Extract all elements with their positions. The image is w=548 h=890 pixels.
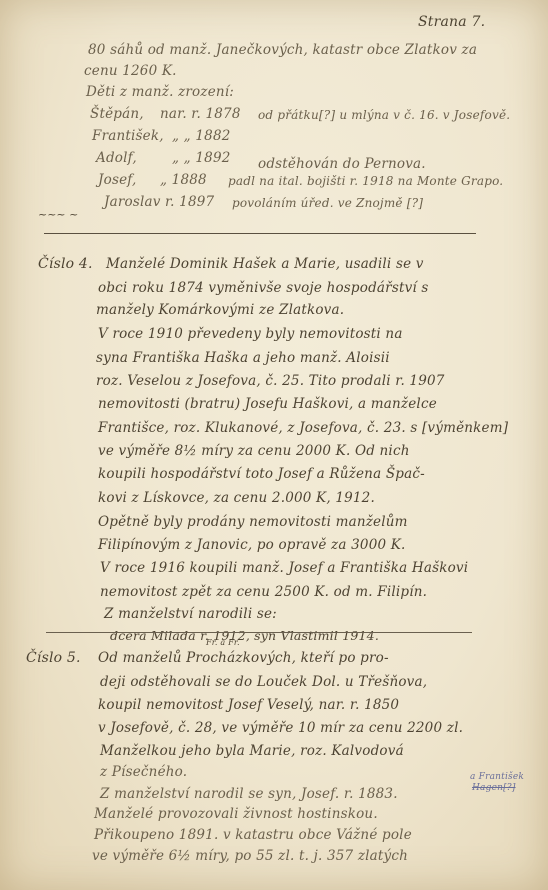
child-note: odstěhován do Pernova. (258, 156, 426, 172)
entry-line: manžely Komárkovými ze Zlatkova. (96, 302, 344, 318)
entry-line: Z manželství narodili se: (104, 606, 277, 622)
child-born: „ „ 1892 (172, 150, 231, 166)
entry-line: ve výměře 8½ míry za cenu 2000 K. Od nic… (98, 443, 410, 459)
entry-line: z Písečného. (100, 764, 187, 780)
child-name: Štěpán, (90, 106, 144, 122)
entry-line: koupil nemovitost Josef Veselý, nar. r. … (98, 697, 399, 713)
entry-line: nemovitost zpět za cenu 2500 K. od m. Fi… (100, 584, 427, 600)
entry-line: syna Františka Haška a jeho manž. Aloisi… (96, 350, 390, 366)
entry-line: Filipínovým z Janovic, po opravě za 3000… (98, 537, 406, 553)
continuation-line: 80 sáhů od manž. Janečkových, katastr ob… (88, 42, 477, 58)
entry-line: ve výměře 6½ míry, po 55 zl. t. j. 357 z… (92, 848, 408, 864)
entry-line: deji odstěhovali se do Louček Dol. u Tře… (100, 674, 427, 690)
entry-line: Manželé Dominik Hašek a Marie, usadili s… (106, 256, 424, 272)
child-name: Adolf, (96, 150, 137, 166)
section-divider (46, 632, 472, 633)
entry-line: Přikoupeno 1891. v katastru obce Vážné p… (94, 827, 412, 843)
blue-annotation: a František (470, 772, 524, 782)
entry-line: Z manželství narodil se syn, Josef. r. 1… (100, 786, 398, 802)
child-name: Josef, (98, 172, 136, 188)
blue-annotation: Hagen[?] (472, 783, 516, 793)
entry-line: Manželkou jeho byla Marie, roz. Kalvodov… (100, 743, 404, 759)
entry-line: Manželé provozovali živnost hostinskou. (94, 806, 378, 822)
child-born: r. 1897 (165, 194, 214, 210)
section-divider (44, 233, 476, 234)
entry-line: V roce 1910 převedeny byly nemovitosti n… (98, 326, 403, 342)
entry-line: v Josefově, č. 28, ve výměře 10 mír za c… (98, 720, 463, 736)
entry-line: nemovitosti (bratru) Josefu Haškovi, a m… (98, 396, 437, 412)
entry-line: V roce 1916 koupili manž. Josef a Franti… (100, 560, 468, 576)
entry-line: Od manželů Procházkových, kteří po pro- (98, 650, 389, 666)
margin-mark: ~~~ ~ (38, 208, 78, 221)
child-name: Jaroslav (104, 194, 161, 210)
entry-number: Číslo 4. (38, 256, 93, 272)
page-number-header: Strana 7. (418, 14, 485, 30)
superscript-note: Fr. a Fr. (206, 638, 240, 647)
child-born: nar. r. 1878 (160, 106, 241, 122)
ledger-page: Strana 7. 80 sáhů od manž. Janečkových, … (0, 0, 548, 890)
entry-line: roz. Veselou z Josefova, č. 25. Tito pro… (96, 373, 445, 389)
child-note: od přátku[?] u mlýna v č. 16. v Josefově… (258, 108, 510, 122)
entry-line: obci roku 1874 vyměnivše svoje hospodářs… (98, 280, 429, 296)
children-heading: Děti z manž. zrození: (86, 84, 234, 100)
child-name: František, (92, 128, 164, 144)
entry-line: Františce, roz. Klukanové, z Josefova, č… (98, 420, 508, 436)
child-note: povoláním úřed. ve Znojmě [?] (232, 196, 423, 210)
entry-line: Opětně byly prodány nemovitosti manželům (98, 514, 408, 530)
entry-line: dcera Milada r. 1912, syn Vlastimil 1914… (110, 628, 379, 643)
child-note: padl na ital. bojišti r. 1918 na Monte G… (228, 174, 503, 188)
entry-line: koupili hospodářství toto Josef a Růžena… (98, 466, 425, 482)
child-born: „ 1888 (160, 172, 207, 188)
entry-line: kovi z Lískovce, za cenu 2.000 K, 1912. (98, 490, 375, 506)
continuation-line: cenu 1260 K. (84, 63, 177, 79)
entry-number: Číslo 5. (26, 650, 81, 666)
child-born: „ „ 1882 (172, 128, 231, 144)
